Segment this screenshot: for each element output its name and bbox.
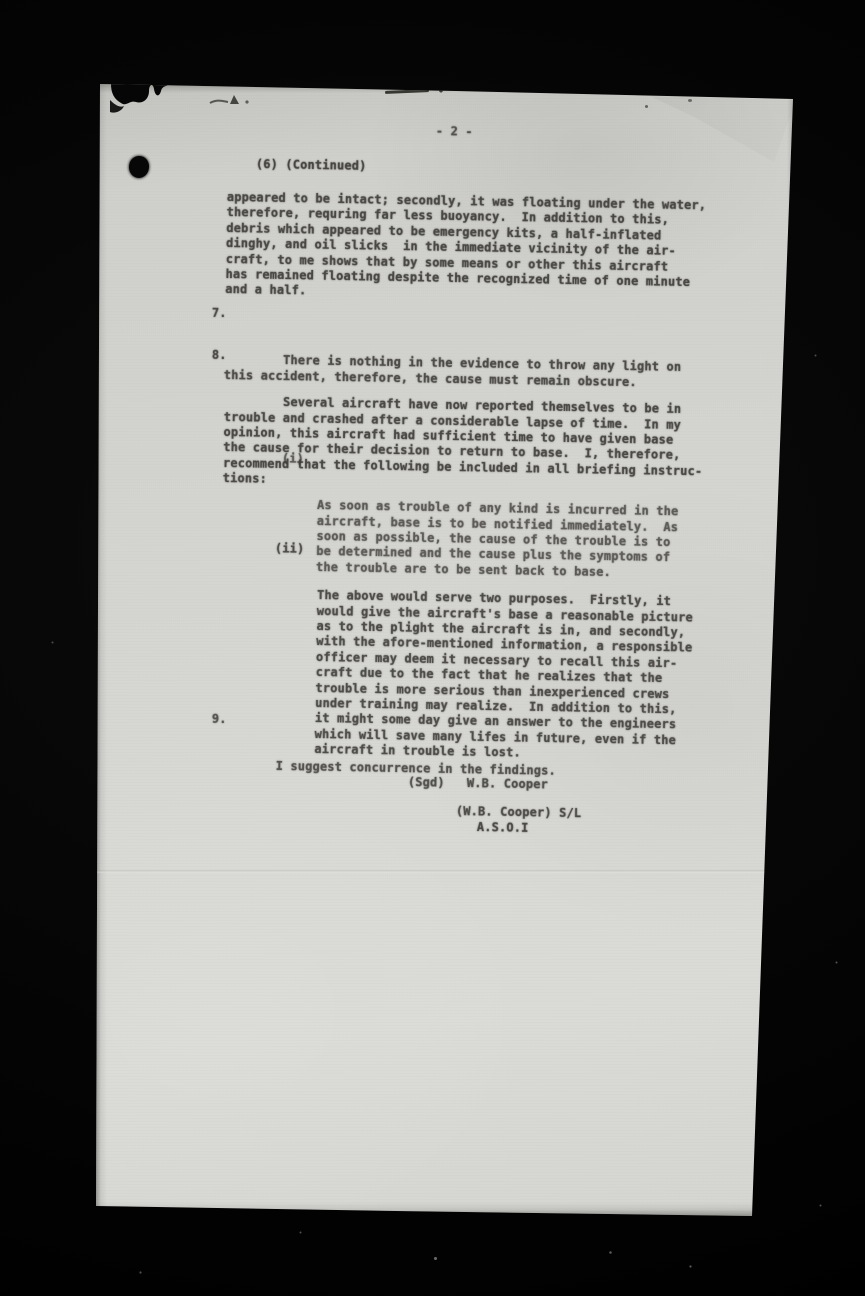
horizontal-crease-line xyxy=(96,870,796,873)
paper-bottom-edge-shadow xyxy=(96,1202,796,1218)
paper-right-edge-shadow xyxy=(787,84,796,1218)
document-page: - 2 - (6) (Continued) appeared to be int… xyxy=(96,84,796,1218)
sub-item-i-label: (i) xyxy=(282,451,304,467)
film-dust-specks xyxy=(0,0,1,1)
paper-top-edge-shadow xyxy=(96,84,796,93)
ink-speck xyxy=(645,105,648,108)
paper-left-edge-shadow xyxy=(96,84,107,1218)
paragraph-9-number: 9. xyxy=(212,712,227,728)
pencil-smudge-mark xyxy=(208,92,254,108)
scratch-dash-mark xyxy=(385,89,429,94)
sub-item-ii-label: (ii) xyxy=(275,541,305,557)
signature-role: A.S.O.I xyxy=(477,820,529,836)
paragraph-9: 9. I suggest concurrence in the findings… xyxy=(223,712,556,810)
ink-speck xyxy=(688,99,692,102)
continuation-heading: (6) (Continued) xyxy=(256,157,367,174)
signature-sgd-line: (Sgd) W.B. Cooper xyxy=(408,775,548,793)
paragraph-8-number: 8. xyxy=(212,348,227,364)
signature-typed-name: (W.B. Cooper) S/L xyxy=(456,804,582,822)
hole-punch-mark xyxy=(129,156,149,178)
torn-corner-artifact xyxy=(110,72,176,120)
paragraph-7-number: 7. xyxy=(212,306,227,322)
paragraph-6-continued-text: appeared to be intact; secondly, it was … xyxy=(225,190,706,306)
page-number: - 2 - xyxy=(436,124,473,140)
